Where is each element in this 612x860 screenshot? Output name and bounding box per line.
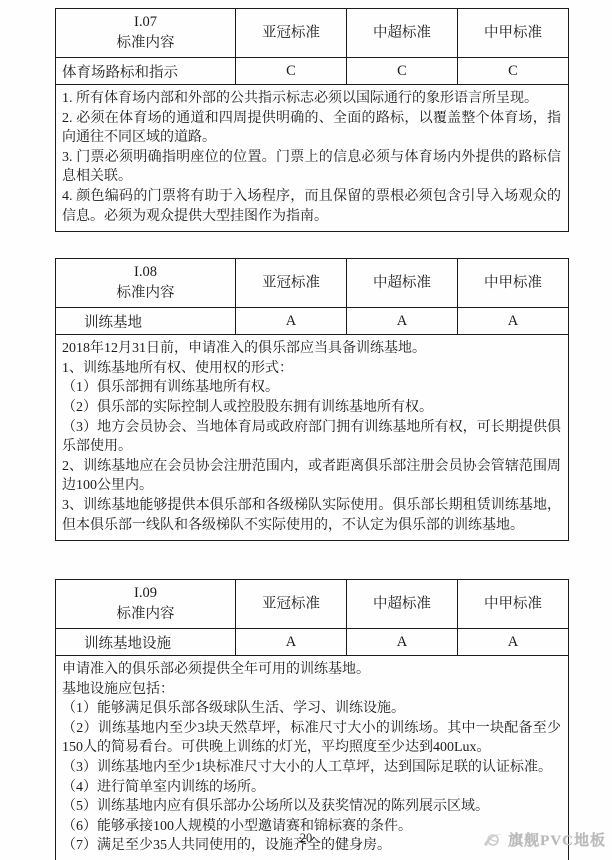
description-paragraph: 申请准入的俱乐部必须提供全年可用的训练基地。	[62, 660, 561, 680]
standard-id-cell: I.09 标准内容	[56, 580, 236, 629]
description-paragraph: （2）训练基地内至少3块天然草坪，标准尺寸大小的训练场。其中一块配备至少150人…	[62, 719, 561, 758]
standard-table-i08: I.08 标准内容 亚冠标准 中超标准 中甲标准 训练基地 A A A 2018…	[55, 258, 569, 541]
table-header-row: I.08 标准内容 亚冠标准 中超标准 中甲标准	[56, 259, 569, 308]
watermark-text: 旗舰PVC地板	[508, 829, 606, 850]
description-cell: 1. 所有体育场内部和外部的公共指示标志必须以国际通行的象形语言所呈现。 2. …	[56, 85, 569, 232]
column-header-league-one: 中甲标准	[458, 259, 569, 308]
description-paragraph: 3. 门票必须明确指明座位的位置。门票上的信息必须与体育场内外提供的路标信息相关…	[62, 148, 561, 187]
column-header-csl: 中超标准	[347, 9, 458, 58]
standard-content-label: 标准内容	[56, 33, 235, 54]
page-content: I.07 标准内容 亚冠标准 中超标准 中甲标准 体育场路标和指示 C C C …	[55, 8, 568, 860]
standard-content-label: 标准内容	[56, 283, 235, 304]
description-row: 2018年12月31日前，申请准入的俱乐部应当具备训练基地。 1、训练基地所有权…	[56, 335, 569, 541]
grade-csl: C	[347, 58, 458, 85]
description-paragraph: （1）俱乐部拥有训练基地所有权。	[62, 378, 561, 398]
description-paragraph: 4. 颜色编码的门票将有助于入场程序，而且保留的票根必须包含引导入场观众的信息。…	[62, 187, 561, 226]
column-header-csl: 中超标准	[347, 580, 458, 629]
standard-id-cell: I.07 标准内容	[56, 9, 236, 58]
standard-content-label: 标准内容	[56, 604, 235, 625]
description-paragraph: （4）进行简单室内训练的场所。	[62, 778, 561, 798]
description-paragraph: （2）俱乐部的实际控制人或控股股东拥有训练基地所有权。	[62, 398, 561, 418]
column-header-acl: 亚冠标准	[236, 9, 347, 58]
spacer	[55, 232, 568, 258]
grade-league-one: A	[458, 629, 569, 656]
grade-league-one: C	[458, 58, 569, 85]
description-paragraph: 2. 必须在体育场的通道和四周提供明确的、全面的路标，以覆盖整个体育场，指向通往…	[62, 109, 561, 148]
description-paragraph: 2、训练基地应在会员协会注册范围内，或者距离俱乐部注册会员协会管辖范围周边100…	[62, 457, 561, 496]
standard-table-i07: I.07 标准内容 亚冠标准 中超标准 中甲标准 体育场路标和指示 C C C …	[55, 8, 569, 232]
description-paragraph: 1. 所有体育场内部和外部的公共指示标志必须以国际通行的象形语言所呈现。	[62, 89, 561, 109]
standard-table-i09: I.09 标准内容 亚冠标准 中超标准 中甲标准 训练基地设施 A A A 申请…	[55, 579, 569, 860]
standard-id-cell: I.08 标准内容	[56, 259, 236, 308]
standard-id: I.07	[56, 12, 235, 33]
grade-acl: A	[236, 308, 347, 335]
description-paragraph: 基地设施应包括：	[62, 680, 561, 700]
criterion-name: 训练基地	[56, 308, 236, 335]
standard-id: I.09	[56, 583, 235, 604]
watermark-logo-icon	[482, 831, 504, 849]
table-header-row: I.07 标准内容 亚冠标准 中超标准 中甲标准	[56, 9, 569, 58]
criterion-name: 体育场路标和指示	[56, 58, 236, 85]
watermark: 旗舰PVC地板	[482, 829, 606, 850]
table-header-row: I.09 标准内容 亚冠标准 中超标准 中甲标准	[56, 580, 569, 629]
description-paragraph: 2018年12月31日前，申请准入的俱乐部应当具备训练基地。	[62, 339, 561, 359]
grade-league-one: A	[458, 308, 569, 335]
spacer	[55, 541, 568, 579]
description-paragraph: （3）训练基地内至少1块标准尺寸大小的人工草坪，达到国际足联的认证标准。	[62, 758, 561, 778]
standard-id: I.08	[56, 262, 235, 283]
description-paragraph: 1、训练基地所有权、使用权的形式：	[62, 359, 561, 379]
description-paragraph: （1）能够满足俱乐部各级球队生活、学习、训练设施。	[62, 699, 561, 719]
column-header-league-one: 中甲标准	[458, 580, 569, 629]
column-header-acl: 亚冠标准	[236, 580, 347, 629]
grade-csl: A	[347, 629, 458, 656]
description-cell: 2018年12月31日前，申请准入的俱乐部应当具备训练基地。 1、训练基地所有权…	[56, 335, 569, 541]
column-header-csl: 中超标准	[347, 259, 458, 308]
grade-acl: C	[236, 58, 347, 85]
criterion-name: 训练基地设施	[56, 629, 236, 656]
column-header-acl: 亚冠标准	[236, 259, 347, 308]
description-row: 1. 所有体育场内部和外部的公共指示标志必须以国际通行的象形语言所呈现。 2. …	[56, 85, 569, 232]
description-paragraph: （3）地方会员协会、当地体育局或政府部门拥有训练基地所有权，可长期提供俱乐部使用…	[62, 418, 561, 457]
description-paragraph: （5）训练基地内应有俱乐部办公场所以及获奖情况的陈列展示区域。	[62, 797, 561, 817]
document-page: I.07 标准内容 亚冠标准 中超标准 中甲标准 体育场路标和指示 C C C …	[0, 0, 612, 860]
grade-csl: A	[347, 308, 458, 335]
description-paragraph: 3、训练基地能够提供本俱乐部和各级梯队实际使用。俱乐部长期租赁训练基地，但本俱乐…	[62, 496, 561, 535]
criterion-row: 训练基地 A A A	[56, 308, 569, 335]
grade-acl: A	[236, 629, 347, 656]
column-header-league-one: 中甲标准	[458, 9, 569, 58]
criterion-row: 训练基地设施 A A A	[56, 629, 569, 656]
criterion-row: 体育场路标和指示 C C C	[56, 58, 569, 85]
